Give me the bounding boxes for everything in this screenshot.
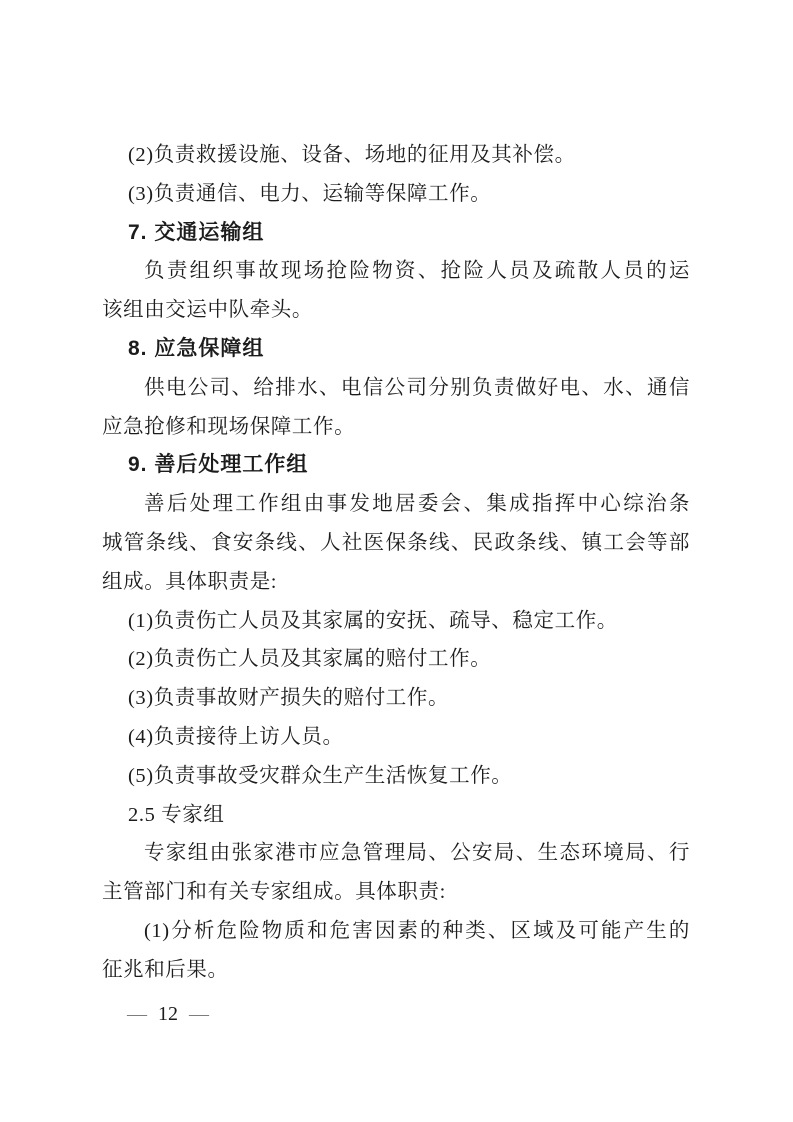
paragraph-line: 组成。具体职责是: bbox=[102, 563, 690, 602]
footer-dash-right: — bbox=[187, 1003, 211, 1025]
paragraph-line: 供电公司、给排水、电信公司分别负责做好电、水、通信的 bbox=[102, 369, 690, 408]
section-heading: 9. 善后处理工作组 bbox=[102, 446, 690, 485]
list-item: (5)负责事故受灾群众生产生活恢复工作。 bbox=[102, 757, 690, 796]
subsection-heading: 2.5 专家组 bbox=[102, 796, 690, 835]
footer-dash-left: — bbox=[125, 1003, 149, 1025]
section-heading: 7. 交通运输组 bbox=[102, 214, 690, 253]
paragraph-line: 专家组由张家港市应急管理局、公安局、生态环境局、行业 bbox=[102, 834, 690, 873]
document-page: (2)负责救援设施、设备、场地的征用及其补偿。 (3)负责通信、电力、运输等保障… bbox=[0, 0, 793, 1122]
section-heading: 8. 应急保障组 bbox=[102, 330, 690, 369]
page-number: 12 bbox=[149, 1003, 187, 1025]
list-item: (2)负责救援设施、设备、场地的征用及其补偿。 bbox=[102, 136, 690, 175]
list-item: (1)分析危险物质和危害因素的种类、区域及可能产生的 bbox=[102, 912, 690, 951]
paragraph-line: 征兆和后果。 bbox=[102, 951, 690, 990]
list-item: (2)负责伤亡人员及其家属的赔付工作。 bbox=[102, 640, 690, 679]
paragraph-line: 负责组织事故现场抢险物资、抢险人员及疏散人员的运送。 bbox=[102, 252, 690, 291]
document-body: (2)负责救援设施、设备、场地的征用及其补偿。 (3)负责通信、电力、运输等保障… bbox=[102, 136, 690, 990]
paragraph-line: 主管部门和有关专家组成。具体职责: bbox=[102, 873, 690, 912]
paragraph-line: 城管条线、食安条线、人社医保条线、民政条线、镇工会等部门 bbox=[102, 524, 690, 563]
page-footer: —12— bbox=[125, 1002, 211, 1026]
list-item: (1)负责伤亡人员及其家属的安抚、疏导、稳定工作。 bbox=[102, 602, 690, 641]
list-item: (3)负责通信、电力、运输等保障工作。 bbox=[102, 175, 690, 214]
list-item: (3)负责事故财产损失的赔付工作。 bbox=[102, 679, 690, 718]
paragraph-line: 该组由交运中队牵头。 bbox=[102, 291, 690, 330]
paragraph-line: 应急抢修和现场保障工作。 bbox=[102, 408, 690, 447]
list-item: (4)负责接待上访人员。 bbox=[102, 718, 690, 757]
paragraph-line: 善后处理工作组由事发地居委会、集成指挥中心综治条线、 bbox=[102, 485, 690, 524]
